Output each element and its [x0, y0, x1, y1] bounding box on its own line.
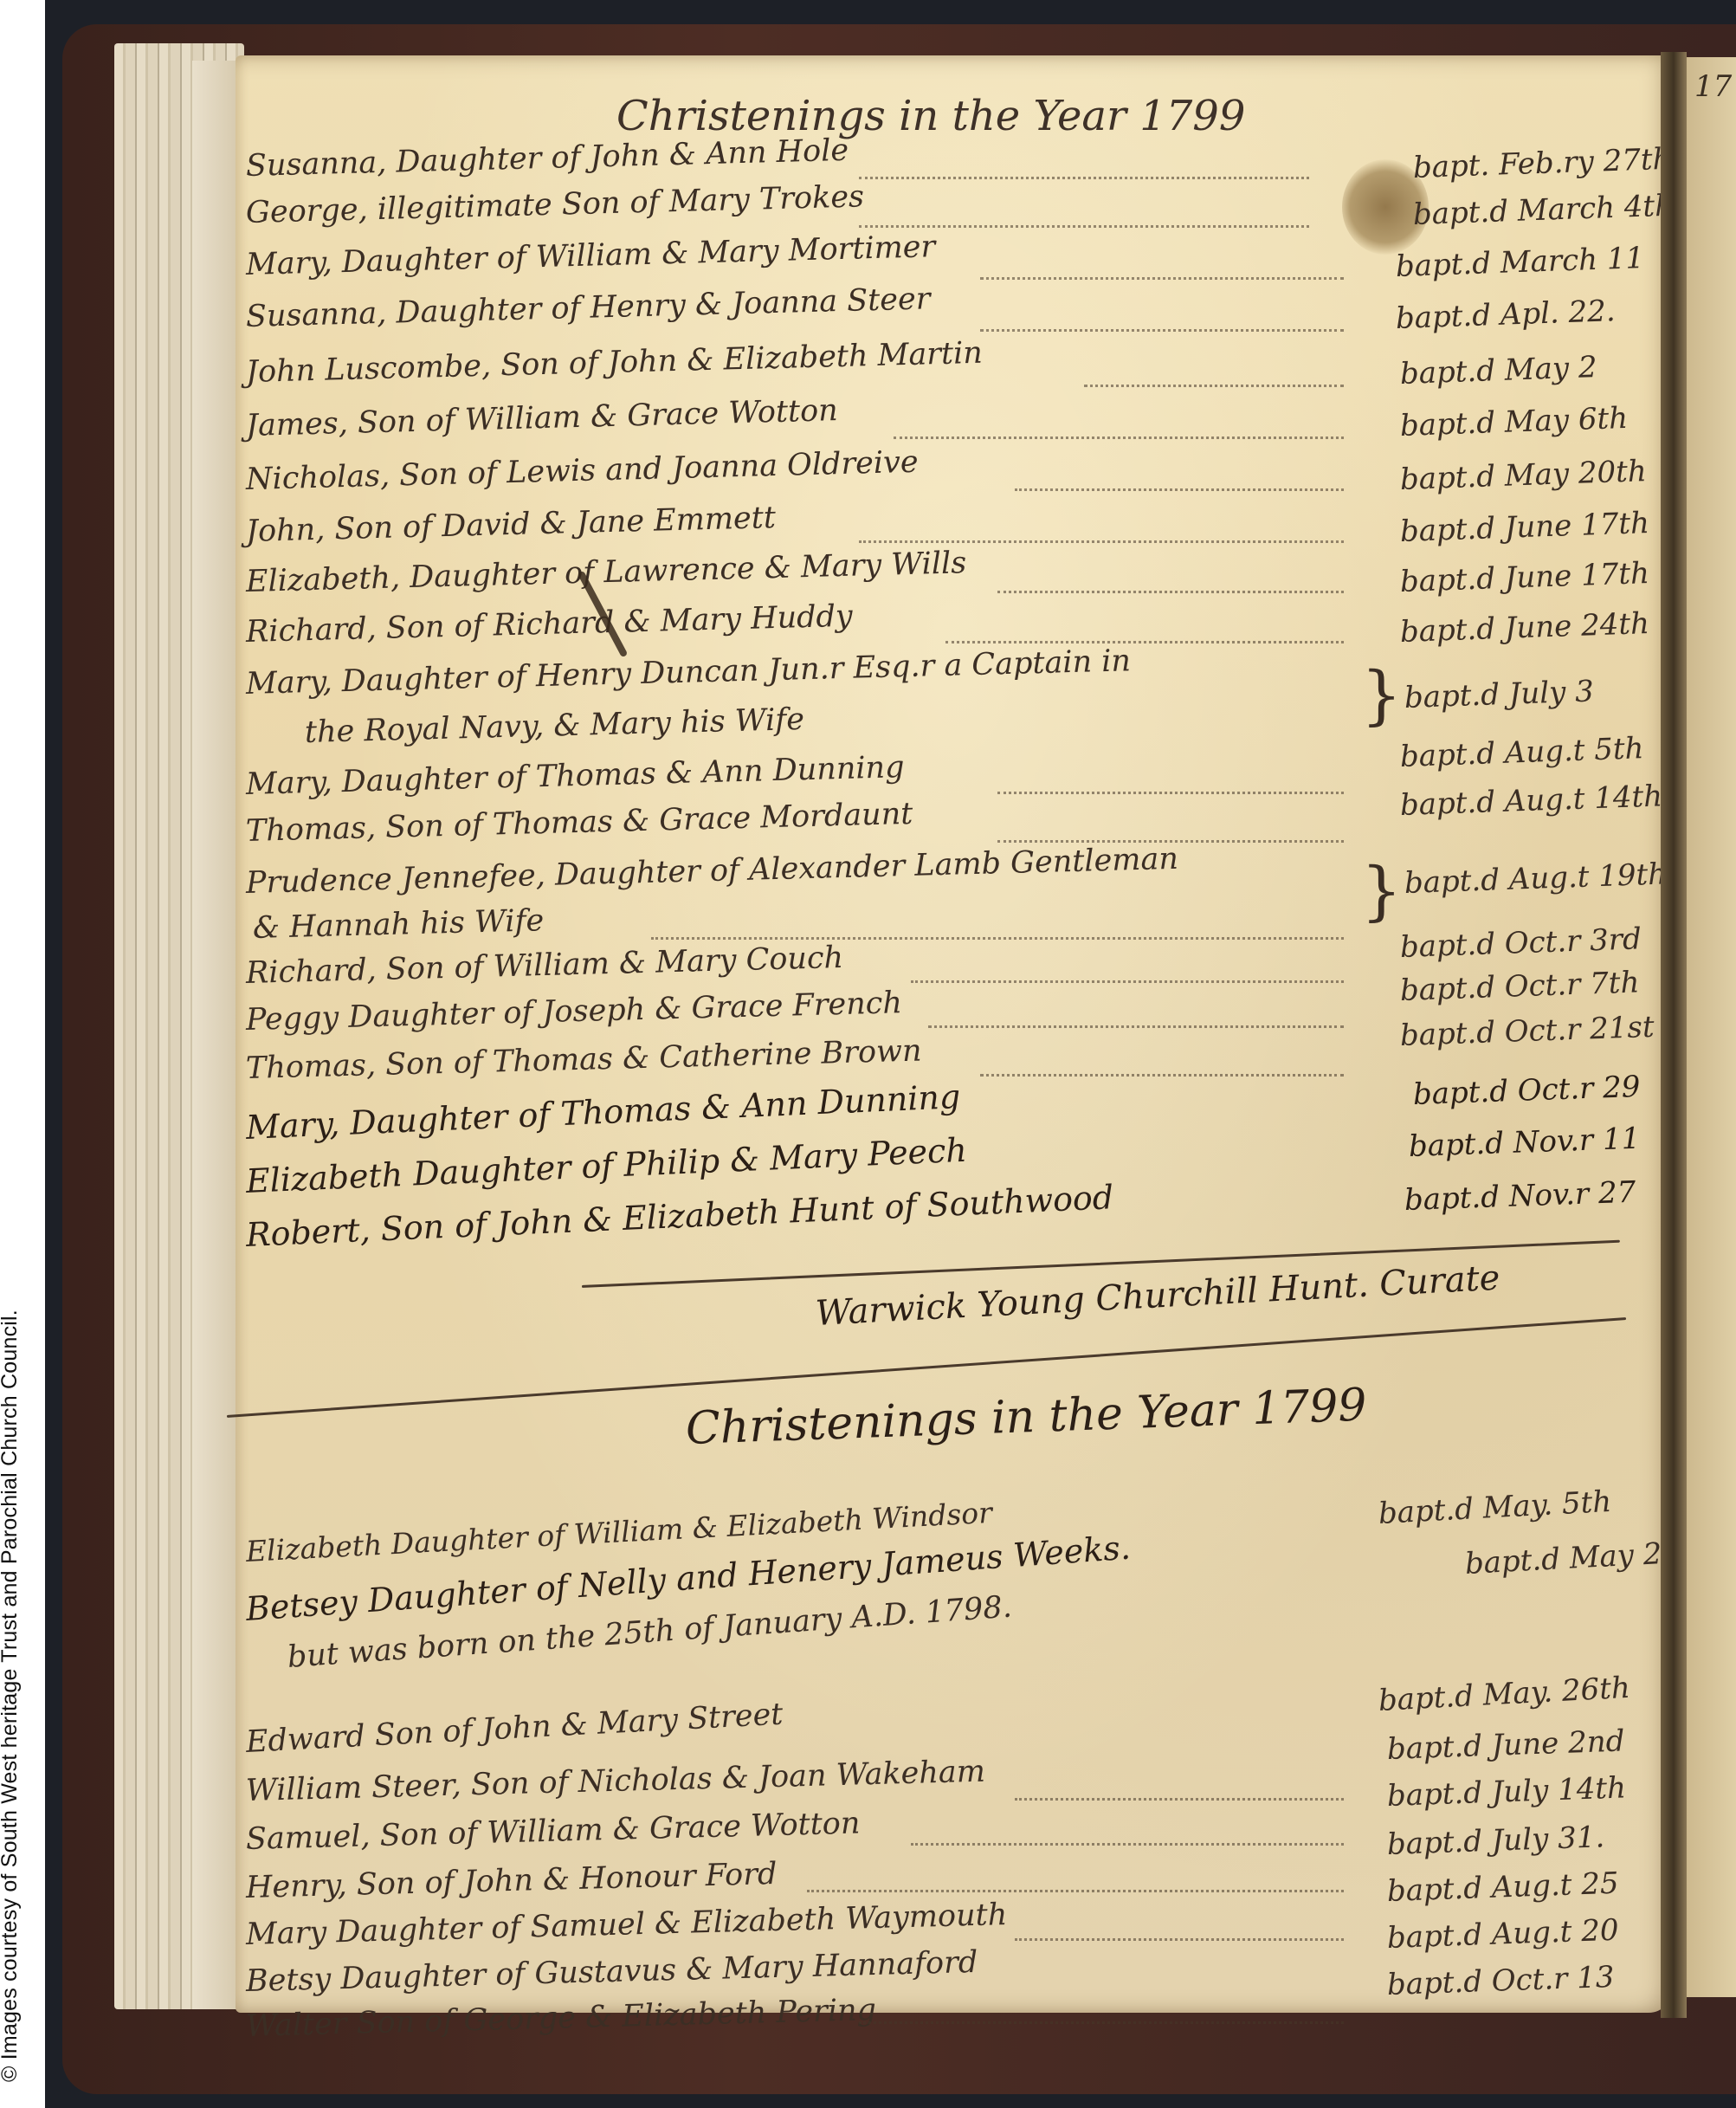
facing-page-number: 17: [1694, 69, 1732, 104]
entry-name: Peggy Daughter of Joseph & Grace French: [245, 986, 902, 1038]
entry-date: bapt.d March 11: [1395, 241, 1644, 284]
entry-date: bapt.d Nov.r 27: [1404, 1175, 1636, 1218]
entry-name: Mary, Daughter of Henry Duncan Jun.r Esq…: [245, 643, 1131, 702]
dotted-leader: [894, 436, 1344, 439]
entry-name: William Steer, Son of Nicholas & Joan Wa…: [245, 1755, 985, 1808]
dotted-leader: [1015, 1798, 1344, 1801]
dotted-leader: [1084, 385, 1344, 387]
brace: }: [1361, 854, 1402, 928]
entry-date: bapt.d Aug.t 14th: [1399, 779, 1662, 823]
credit-strip: © Images courtesy of South West heritage…: [0, 0, 45, 2108]
entry-date: bapt.d June 17th: [1399, 506, 1649, 549]
dotted-leader: [807, 1890, 1344, 1892]
brace: }: [1361, 658, 1402, 733]
entry-name: Susanna, Daughter of Henry & Joanna Stee…: [245, 281, 930, 334]
dotted-leader: [859, 177, 1309, 179]
entry-name: Mary, Daughter of William & Mary Mortime…: [245, 230, 935, 282]
entry-date: bapt.d May 6th: [1399, 401, 1628, 443]
dotted-leader: [859, 540, 1344, 543]
dotted-leader: [1015, 488, 1344, 491]
entry-date: bapt.d Oct.r 21st: [1399, 1010, 1655, 1053]
entry-name: Mary, Daughter of Thomas & Ann Dunning: [245, 750, 904, 802]
entry-date: bapt.d Aug.t 19th: [1404, 857, 1667, 901]
dotted-leader: [945, 641, 1344, 643]
dotted-leader: [997, 792, 1344, 794]
entry-date: bapt.d June 17th: [1399, 556, 1649, 599]
facing-page-edge: [1687, 57, 1736, 1997]
entry-name-cont: & Hannah his Wife: [252, 903, 544, 946]
register-entries: Christenings in the Year 1799 Susanna, D…: [236, 55, 1673, 2013]
entry-name: John Luscombe, Son of John & Elizabeth M…: [245, 336, 983, 390]
entry-date: bapt.d May. 5th: [1378, 1484, 1612, 1531]
dotted-leader: [651, 937, 1344, 940]
entry-date: bapt.d June 2nd: [1386, 1723, 1625, 1767]
entry-date: bapt.d July 31.: [1386, 1820, 1605, 1862]
curate-signature: Warwick Young Churchill Hunt. Curate: [815, 1258, 1501, 1334]
dotted-leader: [859, 2021, 1344, 2024]
dotted-leader: [911, 980, 1344, 983]
entry-name: George, illegitimate Son of Mary Trokes: [245, 179, 864, 230]
entry-name: James, Son of William & Grace Wotton: [245, 393, 838, 443]
entry-name: Susanna, Daughter of John & Ann Hole: [245, 133, 849, 184]
entry-date: bapt.d Aug.t 20: [1386, 1913, 1619, 1956]
dotted-leader: [1015, 1938, 1344, 1941]
dotted-leader: [928, 1025, 1344, 1028]
entry-date: bapt.d Aug.t 5th: [1399, 731, 1644, 774]
entry-date: bapt.d Oct.r 13: [1386, 1960, 1615, 2002]
entry-name: Henry, Son of John & Honour Ford: [245, 1857, 777, 1905]
entry-date: bapt.d July 3: [1404, 674, 1594, 715]
entry-date: bapt.d Oct.r 3rd: [1399, 921, 1642, 965]
dotted-leader: [859, 225, 1309, 228]
entry-date: bapt.d June 24th: [1399, 606, 1649, 650]
entry-date: bapt.d July 14th: [1386, 1770, 1626, 1814]
section2-heading: Christenings in the Year 1799: [685, 1380, 1368, 1455]
entry-name: Prudence Jennefee, Daughter of Alexander…: [245, 842, 1178, 901]
entry-name: Nicholas, Son of Lewis and Joanna Oldrei…: [245, 445, 919, 497]
register-photograph: Christenings in the Year 1799 Susanna, D…: [45, 0, 1736, 2108]
entry-date: bapt.d May 2: [1399, 350, 1597, 391]
book-gutter: [1661, 52, 1687, 2018]
entry-date: bapt.d Oct.r 7th: [1399, 965, 1640, 1008]
entry-name-cont: the Royal Navy, & Mary his Wife: [304, 702, 804, 750]
entry-name: Thomas, Son of Thomas & Grace Mordaunt: [245, 797, 913, 849]
dotted-leader: [980, 1074, 1344, 1077]
dotted-leader: [980, 329, 1344, 332]
entry-name: Betsy Daughter of Gustavus & Mary Hannaf…: [245, 1945, 978, 1999]
entry-date: bapt.d May. 26th: [1378, 1671, 1631, 1718]
dotted-leader: [997, 591, 1344, 593]
entry-date: bapt.d Nov.r 11: [1408, 1122, 1641, 1164]
entry-name: Thomas, Son of Thomas & Catherine Brown: [245, 1034, 922, 1086]
register-page: Christenings in the Year 1799 Susanna, D…: [236, 55, 1673, 2013]
entry-date: bapt. Feb.ry 27th: [1412, 142, 1672, 185]
entry-date: bapt.d Aug.t 25: [1386, 1866, 1619, 1909]
dotted-leader: [980, 277, 1344, 280]
entry-name: Richard, Son of William & Mary Couch: [245, 941, 843, 991]
entry-date: bapt.d May 26: [1464, 1536, 1681, 1581]
entry-date: bapt.d March 4th: [1412, 189, 1674, 232]
dotted-leader: [911, 1843, 1344, 1846]
entry-date: bapt.d Apl. 22.: [1395, 294, 1616, 336]
entry-name: Mary Daughter of Samuel & Elizabeth Waym…: [245, 1898, 1007, 1952]
entry-name: Richard, Son of Richard & Mary Huddy: [245, 599, 853, 650]
entry-date: bapt.d May 20th: [1399, 454, 1647, 497]
entry-name: Edward Son of John & Mary Street: [245, 1697, 784, 1760]
entry-name: John, Son of David & Jane Emmett: [245, 501, 776, 549]
entry-date: bapt.d Oct.r 29: [1412, 1070, 1641, 1112]
entry-name: Samuel, Son of William & Grace Wotton: [245, 1806, 860, 1857]
copyright-credit: © Images courtesy of South West heritage…: [0, 956, 23, 2082]
entry-name: Elizabeth, Daughter of Lawrence & Mary W…: [245, 546, 966, 599]
section1-heading: Christenings in the Year 1799: [616, 92, 1245, 140]
